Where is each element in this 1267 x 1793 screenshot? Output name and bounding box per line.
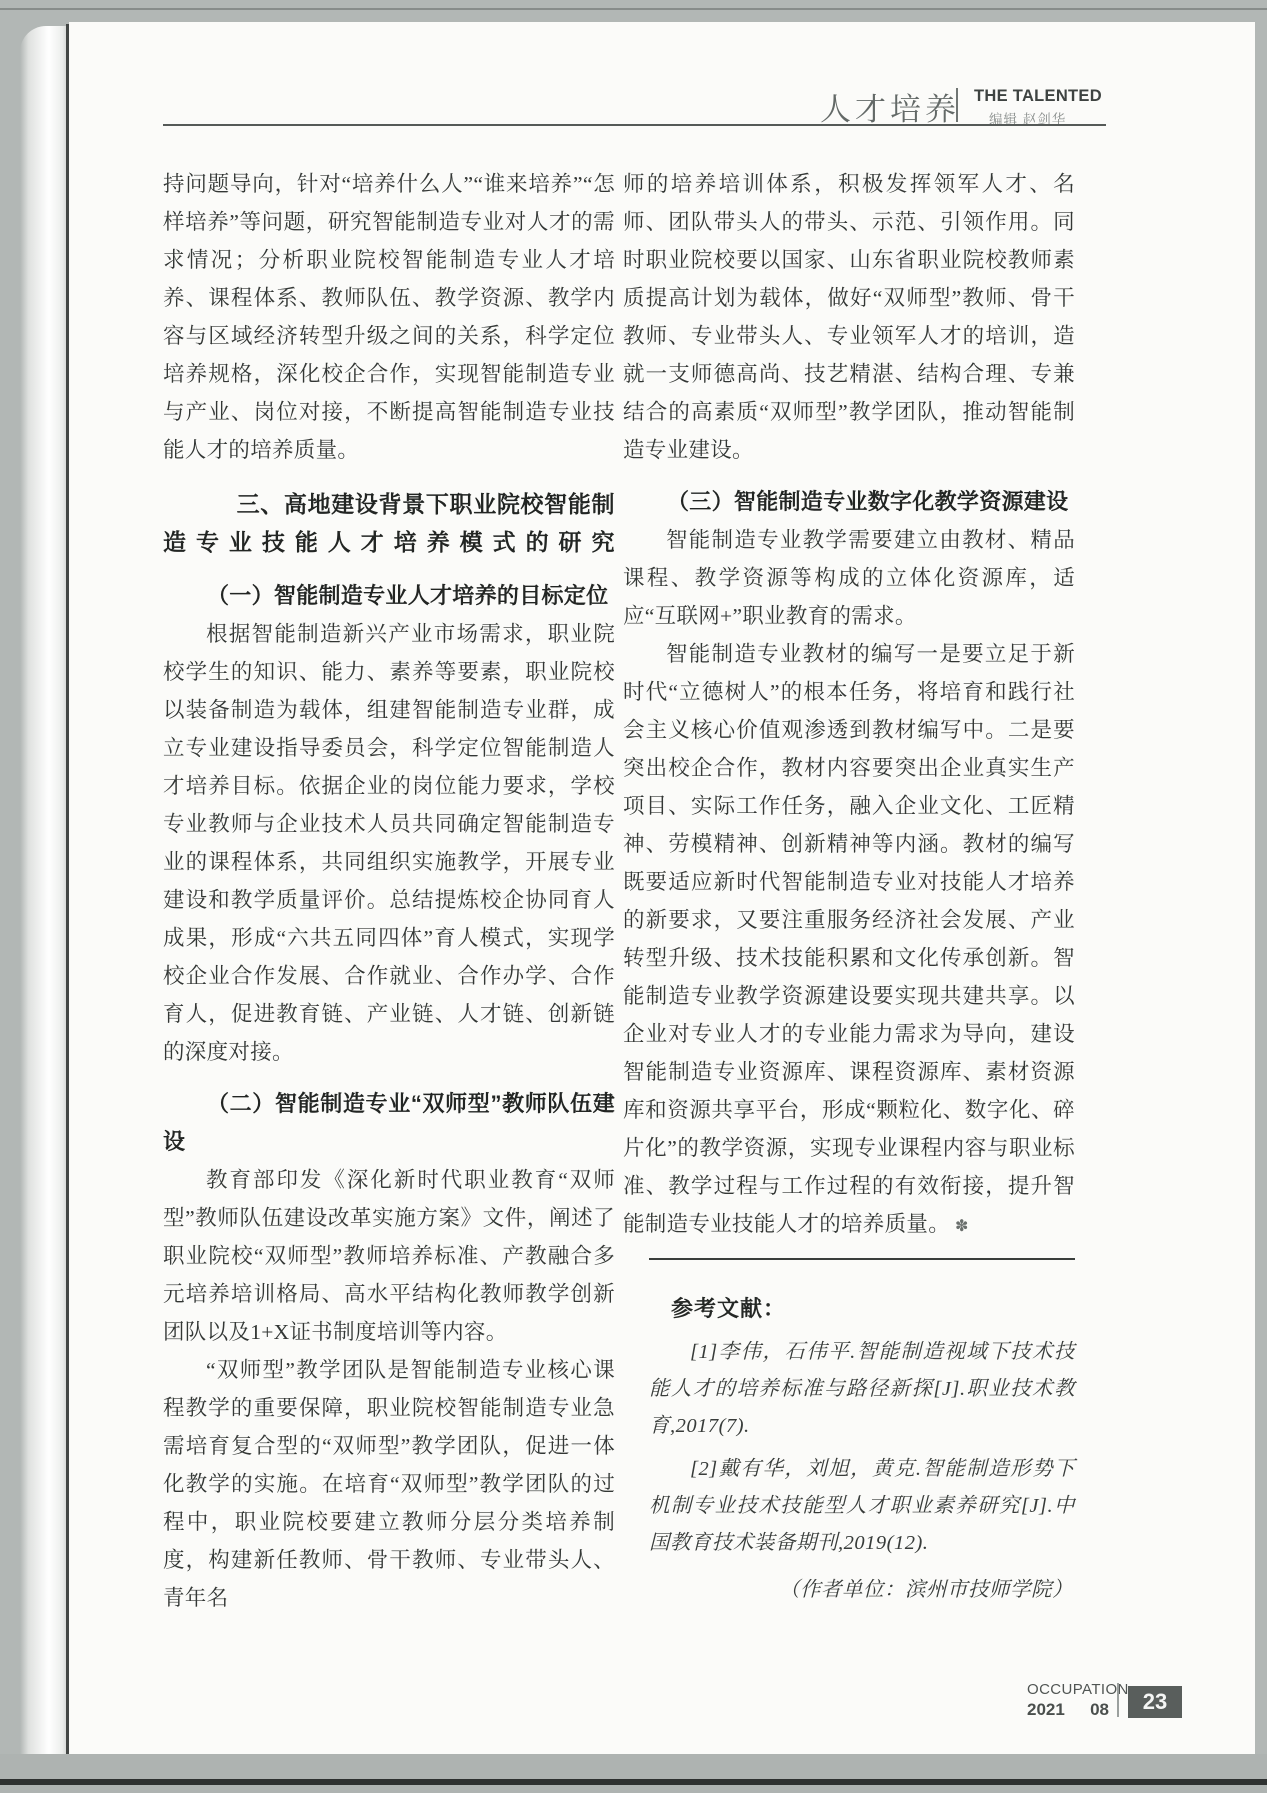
issue-year: 2021: [1027, 1700, 1065, 1720]
scanned-magazine-page: { "header": { "section_title": "人才培养", "…: [0, 0, 1267, 1793]
scanner-bottom-band: [0, 1754, 1267, 1793]
header-divider: [956, 88, 958, 122]
subsection-3-paragraph-2: 智能制造专业教材的编写一是要立足于新时代“立德树人”的根本任务，将培育和践行社会…: [623, 635, 1075, 1246]
section-3-heading: 三、高地建设背景下职业院校智能制造专业技能人才培养模式的研究: [163, 485, 615, 561]
previous-page-curl: [20, 26, 68, 1754]
subsection-1-heading: （一）智能制造专业人才培养的目标定位: [163, 577, 615, 615]
subsection-2-paragraph-2: “双师型”教学团队是智能制造专业核心课程教学的重要保障，职业院校智能制造专业急需…: [163, 1351, 615, 1617]
subsection-2-heading: （二）智能制造专业“双师型”教师队伍建设: [163, 1085, 615, 1161]
article-end-mark-icon: ✽: [955, 1218, 969, 1235]
left-column: 持问题导向，针对“培养什么人”“谁来培养”“怎样培养”等问题，研究智能制造专业对…: [163, 165, 615, 1617]
scanner-lid-edge: [0, 8, 1267, 10]
header-rule: [163, 124, 1106, 126]
page-number-badge: 23: [1128, 1686, 1182, 1718]
journal-brand: THE TALENTED: [974, 87, 1102, 106]
section-title: 人才培养: [820, 84, 960, 129]
issue-number: 08: [1090, 1700, 1109, 1720]
author-affiliation: （作者单位：滨州市技师学院）: [623, 1572, 1075, 1609]
subsection-1-paragraph: 根据智能制造新兴产业市场需求，职业院校学生的知识、能力、素养等要素，职业院校以装…: [163, 615, 615, 1071]
right-column: 师的培养培训体系，积极发挥领军人才、名师、团队带头人的带头、示范、引领作用。同时…: [623, 165, 1075, 1609]
reference-1: [1]李伟，石伟平.智能制造视域下技术技能人才的培养标准与路径新探[J].职业技…: [623, 1334, 1075, 1445]
continued-paragraph-right: 师的培养培训体系，积极发挥领军人才、名师、团队带头人的带头、示范、引领作用。同时…: [623, 165, 1075, 469]
journal-name: OCCUPATION: [1027, 1681, 1113, 1698]
reference-2: [2]戴有华，刘旭，黄克.智能制造形势下机制专业技术技能型人才职业素养研究[J]…: [623, 1451, 1075, 1562]
subsection-2-paragraph-1: 教育部印发《深化新时代职业教育“双师型”教师队伍建设改革实施方案》文件，阐述了职…: [163, 1161, 615, 1351]
issue-date: 2021 08: [1027, 1700, 1109, 1720]
footer-divider: [1117, 1683, 1119, 1717]
scanner-bottom-edge: [0, 1779, 1267, 1785]
subsection-3-paragraph-1: 智能制造专业教学需要建立由教材、精品课程、教学资源等构成的立体化资源库，适应“互…: [623, 521, 1075, 635]
subsection-3-heading: （三）智能制造专业数字化教学资源建设: [623, 483, 1075, 521]
references-heading: 参考文献：: [623, 1290, 1075, 1328]
references-divider: [649, 1258, 1075, 1260]
continued-paragraph: 持问题导向，针对“培养什么人”“谁来培养”“怎样培养”等问题，研究智能制造专业对…: [163, 165, 615, 469]
